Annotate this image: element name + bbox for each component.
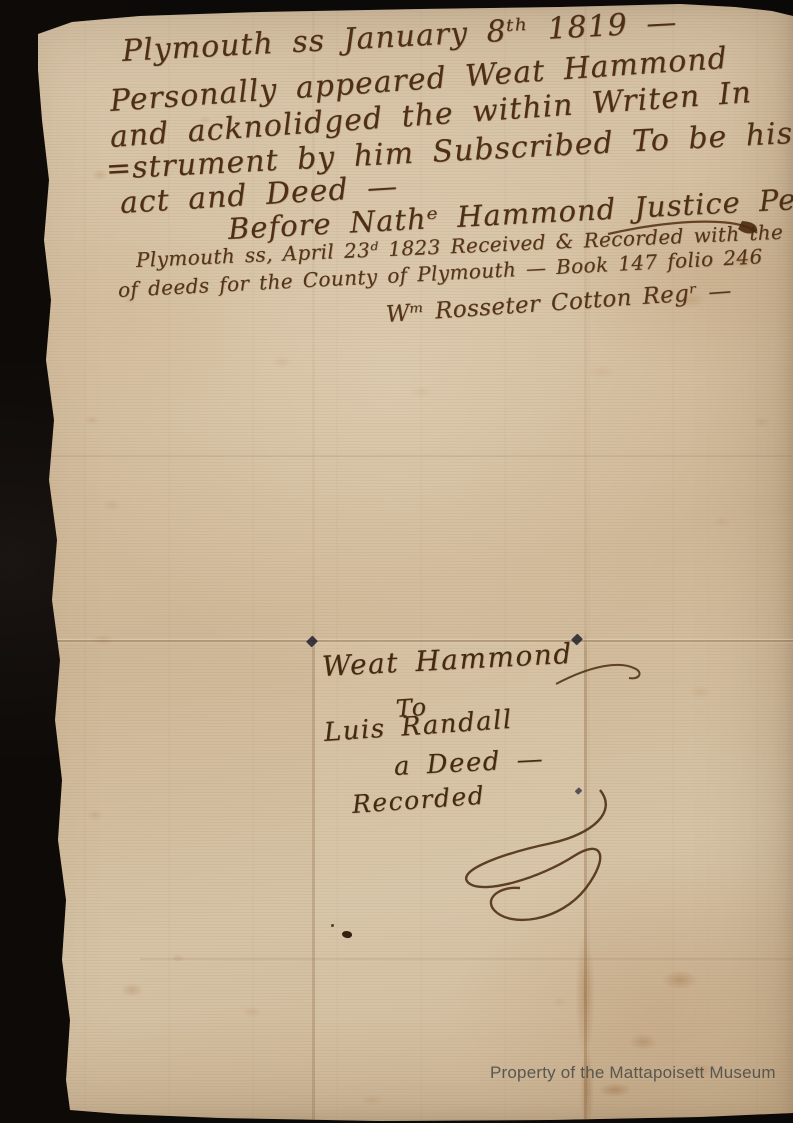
fold-crease-horizontal-lower xyxy=(140,958,793,960)
scanner-background: Plymouth ss January 8ᵗʰ 1819 — Personall… xyxy=(0,0,793,1123)
fold-crease-horizontal-upper xyxy=(45,455,793,457)
fold-crease-horizontal-main xyxy=(45,639,793,643)
museum-watermark: Property of the Mattapoisett Museum xyxy=(490,1063,776,1083)
document-page: Plymouth ss January 8ᵗʰ 1819 — Personall… xyxy=(0,0,793,1123)
fold-crease-vertical-right xyxy=(584,0,587,1123)
